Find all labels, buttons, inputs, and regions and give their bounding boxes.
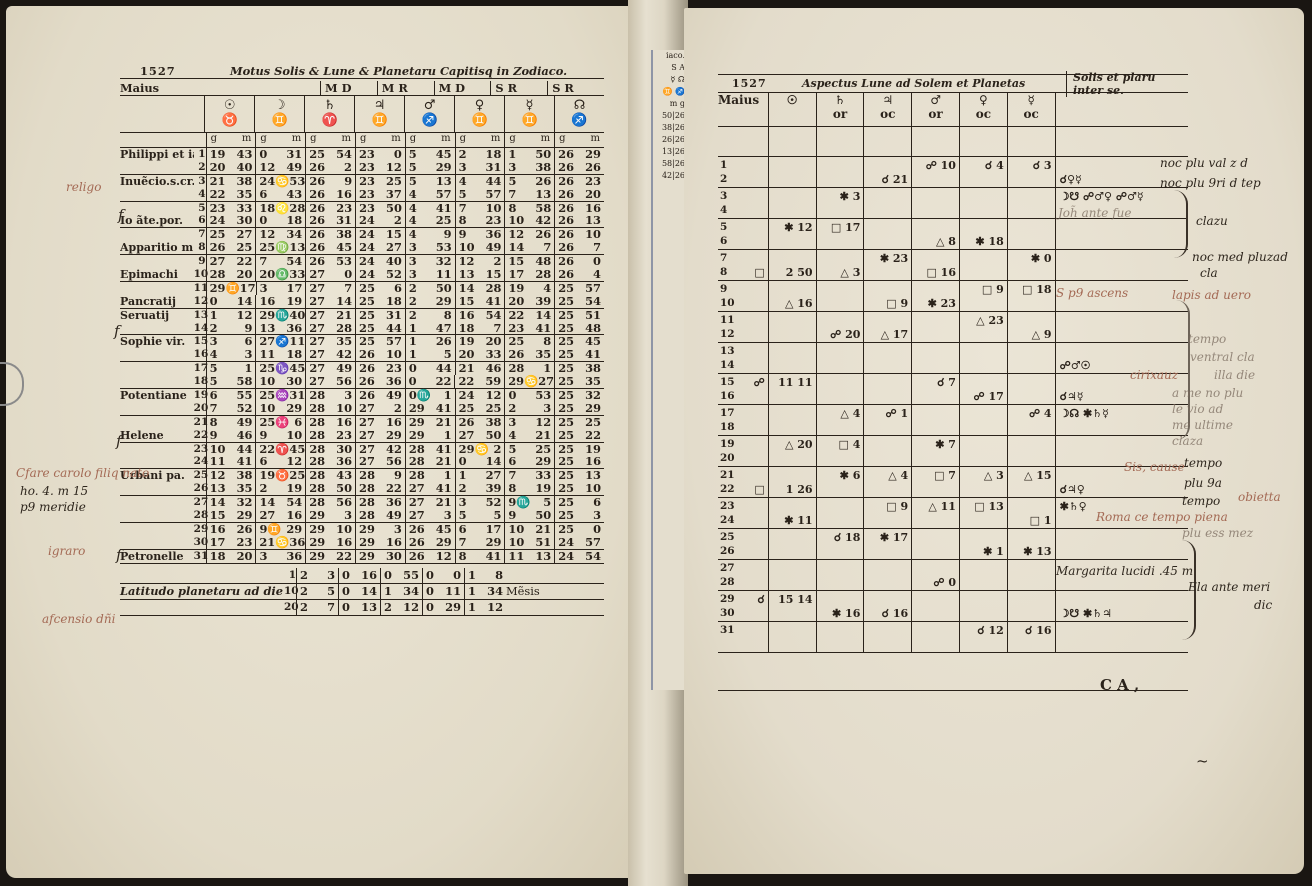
minutes: 3 [245,348,253,361]
aspect-cell [959,560,1007,591]
table-row: Apparitio m.8262525♍13264524273531049147… [120,241,604,255]
position-cell: 1820 [206,550,256,563]
position-cell: 2522 [554,429,604,442]
day-number: 31 [194,550,206,563]
position-cell: 147 [504,241,554,254]
aspect-cell [816,498,864,529]
aspect-cell: ✱ 12 [768,219,816,250]
table-row: 164311182742261015203326352541 [120,348,604,362]
feast-name: Apparitio m. [120,241,194,254]
feast-name [120,509,194,522]
planet-symbol-icon: ♃ [864,93,911,107]
minutes: 16 [386,536,402,549]
inter-se-aspect: ☽☊ ✱♄☿ [1060,407,1109,420]
degrees: 17 [210,536,226,549]
position-cell: 2620 [554,188,604,201]
table-row: 2526☌ 18✱ 17✱ 1✱ 13 [718,529,1188,560]
position-cell: 270 [305,268,355,281]
minute-label: m [441,133,450,147]
minutes: 22 [436,375,452,388]
day-number: 26 [194,482,206,495]
gutter-text: iaco. [653,50,687,62]
position-cell: 2557 [554,282,604,295]
aspect-symbol: ☍ [754,376,765,389]
position-cell: 253 [554,509,604,522]
degrees: 0 [508,389,516,402]
position-cell: 1728 [504,268,554,281]
aspect-cell [911,591,959,622]
feast-name: Epimachi [120,268,194,281]
degrees: 8 [210,416,218,429]
minutes: 54 [585,550,601,563]
day-number: 5 [194,202,206,215]
feast-name [120,362,194,375]
handwritten-note: obietta [1238,490,1281,504]
latitude-cell: 011 [422,584,464,599]
position-cell: 218 [455,148,505,161]
degrees: 29 [409,429,425,442]
degrees: 24 [558,536,574,549]
minutes: 21 [436,455,452,468]
day-cell: 1112 [718,312,768,343]
gutter-text: 38|26 [653,122,687,134]
day-number: 29 [194,523,206,536]
degrees: 27 [409,482,425,495]
degrees: 3 [260,282,268,295]
day-number: 10 [194,268,206,281]
minute-label: m [391,133,400,147]
day-number: 24 [720,514,735,527]
table-row: 2930☌15 14✱ 16☌ 16☽☋ ✱♄♃ [718,591,1188,622]
minutes: 7 [593,241,601,254]
minutes: 31 [336,214,352,227]
margin-brace [1172,190,1188,258]
handwritten-note: a me no plu [1172,386,1243,400]
minutes: 26 [535,175,551,188]
table-row: 2184925♓628162716292126383122525 [120,416,604,429]
aspect-cell: □ 7 [911,467,959,498]
degrees: 23 [359,161,375,174]
minutes: 35 [585,375,601,388]
position-cell: 2312 [355,161,405,174]
degrees: 0 [342,584,350,599]
minutes: 27 [538,375,554,388]
aspect-mode: oc [1008,107,1055,121]
minutes: 16 [336,416,352,429]
degrees: 26 [508,348,524,361]
handwritten-note: me ultime [1172,418,1233,432]
minutes: 26 [237,523,253,536]
position-cell: 312 [504,416,554,429]
inter-se-cell [1055,219,1188,250]
degrees: 26 [558,188,574,201]
aspect-cell: ☌ 21 [863,157,911,188]
aspect-value: ☍ 17 [973,390,1003,403]
minutes: 7 [543,241,551,254]
blank-cell [959,127,1007,157]
table-row: Pancratij1201416192714251822915412039255… [120,295,604,309]
aspect-value: ✱ 23 [928,297,956,310]
day-number: 1 [720,159,727,172]
position-cell: 15 [405,348,455,361]
degrees: 26 [558,241,574,254]
minutes: 50 [336,482,352,495]
minutes: 36 [286,550,302,563]
minutes: 10 [585,482,601,495]
minutes: 16 [336,188,352,201]
minutes: 57 [585,536,601,549]
handwritten-note: illa die [1214,368,1255,382]
position-cell: 526 [504,175,554,188]
table-row: 1718△ 4☍ 1☍ 4☽☊ ✱♄☿ [718,405,1188,436]
feast-name: Potentiane [120,389,194,402]
minutes: 5 [493,509,501,522]
minutes: 29 [585,148,601,161]
blank-cell [1007,127,1055,157]
position-cell: 1030 [255,375,305,388]
minutes: 21 [436,416,452,429]
aspect-cell: ☌ 16 [1007,622,1055,653]
position-cell: 2325 [355,175,405,188]
position-cell: 2518 [355,295,405,308]
degrees: 22 [210,188,226,201]
inter-se-aspect: ☍♂☉ [1060,359,1091,372]
degrees: 25 [459,402,475,415]
minutes: 11 [436,268,452,281]
minutes: 14 [237,295,253,308]
zodiac-sign-icon: ♉ [205,113,254,128]
degrees: 5 [409,175,417,188]
minutes: 5 [444,348,452,361]
minutes: 49 [286,161,302,174]
position-cell: 112 [206,309,256,322]
minutes: 18 [286,348,302,361]
day-number: 15 [720,376,735,389]
handwritten-note: Roma ce tempo piena [1096,510,1228,524]
minutes: 6 [394,282,402,295]
minutes: 13 [436,175,452,188]
degrees: 25 [558,455,574,468]
aspect-cell: △ 20 [768,436,816,467]
day-number: 13 [720,345,735,358]
minutes: 41 [585,348,601,361]
degrees: 25 [558,429,574,442]
minutes: 43 [286,188,302,201]
aspect-value: □ 16 [926,266,956,279]
minutes: 12 [386,161,402,174]
minutes: 1 [444,429,452,442]
minutes: 18 [386,295,402,308]
degrees: 5 [508,175,516,188]
position-cell: 2629 [554,148,604,161]
aspect-value: ☌ 21 [882,173,909,186]
handwritten-note: clazu [1196,214,1228,228]
day-number: 23 [720,500,735,513]
minutes: 41 [535,322,551,335]
table-row: Io ãte.por.62430018263124242582310422613 [120,214,604,228]
degrees: 3 [459,161,467,174]
degrees: 27 [459,429,475,442]
degrees: 4 [508,429,516,442]
degrees: 25 [558,416,574,429]
planet-symbol-icon: ☊ [555,98,604,113]
feast-name [120,188,194,201]
feast-name [120,282,194,295]
direct-retro-tag: S R [547,81,604,95]
mensis-label: Mẽsis [506,584,540,599]
degrees: 24 [359,241,375,254]
degrees: 14 [459,282,475,295]
degrees: 2 [508,402,516,415]
latitude-cell: 055 [380,568,422,583]
handwritten-note: noc plu 9ri d tep [1160,176,1261,190]
degrees: 1 [409,322,417,335]
minutes: 20 [585,188,601,201]
handwritten-note: ~ [1196,752,1209,770]
position-cell: 2610 [355,348,405,361]
position-cell: 950 [504,509,554,522]
degrees: 27 [359,455,375,468]
minutes: 52 [237,402,253,415]
degrees: 23 [359,175,375,188]
minutes: 29 [436,161,452,174]
degrees: 25♒ [259,389,289,402]
position-cell: 1619 [255,295,305,308]
position-cell: 643 [255,188,305,201]
planet-column-header: ♃♊ [354,96,404,132]
handwritten-note: le vio ad [1172,402,1223,416]
degrees: 7 [508,188,516,201]
feast-name: Io ãte.por. [120,214,194,227]
position-cell: 053 [504,389,554,402]
planet-column-header: ♃oc [863,93,911,127]
latitude-cell: 016 [338,568,380,583]
degrees: 24 [558,550,574,563]
degrees: 25 [558,322,574,335]
aspect-value: ☌ 7 [937,376,956,389]
latitude-cell: 18 [464,568,506,583]
inter-se-aspect: ☌♀☿ [1060,173,1082,186]
latitude-label [120,600,284,615]
position-cell: 2742 [305,348,355,361]
degrees: 26 [558,214,574,227]
position-cell: 2532 [554,389,604,402]
degrees: 26 [309,188,325,201]
position-cell: 1654 [455,309,505,322]
day-number: 11 [194,282,206,295]
degrees: 25 [558,375,574,388]
minutes: 54 [486,309,502,322]
minutes: 56 [386,455,402,468]
degree-label: g [260,133,266,147]
minutes: 8 [444,309,452,322]
direct-retro-tag: M D [434,81,491,95]
position-cell: 2613 [554,214,604,227]
position-cell: 2849 [355,509,405,522]
degrees: 29♋ [508,375,538,388]
degrees: 1 [508,148,516,161]
position-cell: 2525 [455,402,505,415]
minutes: 36 [286,322,302,335]
minutes: 31 [289,389,305,402]
gutter-text: ☿ ☊ [653,74,687,86]
planet-column-header: ♀♊ [454,96,504,132]
aspect-cell [1007,591,1055,622]
degrees: 16 [210,523,226,536]
zodiac-sign-icon: ♐ [555,113,604,128]
day-number: 27 [720,562,735,575]
minutes: 48 [585,322,601,335]
inter-se-cell: ☽☋ ✱♄♃ [1055,591,1188,622]
table-row: 207521029281027229412525232529 [120,402,604,416]
position-cell: 031 [255,148,305,161]
zodiac-sign-icon: ♊ [455,113,504,128]
aspect-value: ✱ 0 [1031,252,1052,265]
table-row: 22040124926223125293313382626 [120,161,604,175]
position-cell: 2616 [305,188,355,201]
degrees: 26 [558,161,574,174]
degrees: 18 [210,550,226,563]
minutes: 25 [386,175,402,188]
position-cell: 2430 [206,214,256,227]
blank-cell [768,127,816,157]
position-cell: 256 [355,282,405,295]
feast-name [120,443,194,456]
aspect-value: □ 17 [831,221,861,234]
planet-column-header: ♂or [911,93,959,127]
degrees: 25♓ [259,416,289,429]
inter-se-column [1055,93,1188,127]
day-cell: 2930☌ [718,591,768,622]
degree-minute-label: gm [255,133,305,147]
degree-label: g [509,133,515,147]
day-number: 10 [720,297,735,310]
aspect-cell: △ 17 [863,312,911,343]
degrees: 6 [459,523,467,536]
minute-label: m [491,133,500,147]
position-cell: 1723 [206,536,256,549]
position-cell: 229 [405,295,455,308]
aspect-cell [1007,219,1055,250]
minutes: 27 [386,241,402,254]
aspect-cell: □ 13 [959,498,1007,529]
degrees: 11 [210,455,226,468]
position-cell: 353 [405,241,455,254]
minutes: 13 [535,550,551,563]
planet-column-header: ☉ [768,93,816,127]
aspect-value: ☌ 18 [834,531,861,544]
minutes: 35 [237,482,253,495]
feast-name [120,322,194,335]
handwritten-note: claza [1172,434,1203,448]
aspect-cell [816,281,864,312]
aspect-cell: 1 26 [768,467,816,498]
zodiac-sign-icon: ♊ [505,113,554,128]
position-cell: 230 [355,148,405,161]
aspect-cell: ☌ 3 [1007,157,1055,188]
aspect-cell: ☌ 18 [816,529,864,560]
handwritten-note: f [116,546,122,564]
aspect-value: ✱ 17 [880,531,908,544]
handwritten-note: p9 meridie [20,500,86,514]
minutes: 40 [237,161,253,174]
aspect-cell: 2 50 [768,250,816,281]
minutes: 55 [237,389,253,402]
minutes: 53 [436,241,452,254]
aspect-symbol: □ [754,483,764,496]
planet-symbol-icon: ♂ [912,93,959,107]
inter-se-cell [1055,312,1188,343]
degrees: 25 [359,322,375,335]
minutes: 1 [444,389,452,402]
degrees: 27 [359,402,375,415]
planet-column-header: ♀oc [959,93,1007,127]
aspect-cell: ✱ 0 [1007,250,1055,281]
day-number: 30 [194,536,206,549]
degrees: 5 [409,148,417,161]
degrees: 26 [359,389,375,402]
minute-label: m [541,133,550,147]
handwritten-note: tempo [1184,456,1222,470]
position-cell: 421 [504,429,554,442]
feast-name [120,536,194,549]
degrees: 27 [359,429,375,442]
position-cell: 022 [405,375,455,388]
aspect-cell [959,591,1007,622]
latitude-day: 1 [284,568,296,583]
feast-name [120,416,194,429]
minutes: 22 [336,550,352,563]
degrees: 3 [508,161,516,174]
degrees: 3 [259,550,267,563]
degrees: 25 [359,282,375,295]
degrees: 1 [210,309,218,322]
position-cell: 2729 [355,429,405,442]
degree-label: g [559,133,565,147]
day-number: 5 [720,221,727,234]
day-cell: 1920 [718,436,768,467]
degrees: 2 [259,482,267,495]
latitude-cell: 014 [338,584,380,599]
aspect-value: ✱ 11 [784,514,812,527]
aspect-value: □ 9 [982,283,1004,296]
position-cell: 2626 [554,161,604,174]
degrees: 2 [300,568,308,583]
position-cell: 2033 [455,348,505,361]
day-number: 14 [194,322,206,335]
minutes: 53 [535,389,551,402]
day-cell: 78□ [718,250,768,281]
aspect-value: △ 3 [984,469,1004,482]
latitude-cell: 212 [380,600,422,615]
aspect-cell [816,157,864,188]
minutes: 26 [585,161,601,174]
aspect-mode: or [817,107,864,121]
position-cell: 2040 [206,161,256,174]
day-number: 13 [194,309,206,322]
aspect-cell [768,188,816,219]
position-cell: 2922 [305,550,355,563]
aspect-cell: ✱ 23 [911,281,959,312]
minutes: 47 [436,322,452,335]
day-number: 6 [194,214,206,227]
position-cell: 2756 [305,375,355,388]
planet-symbol-icon: ☉ [205,98,254,113]
day-number: 4 [720,204,727,217]
position-cell: 2625 [206,241,256,254]
planet-symbol-icon: ☿ [1008,93,1055,107]
minutes: 35 [237,188,253,201]
